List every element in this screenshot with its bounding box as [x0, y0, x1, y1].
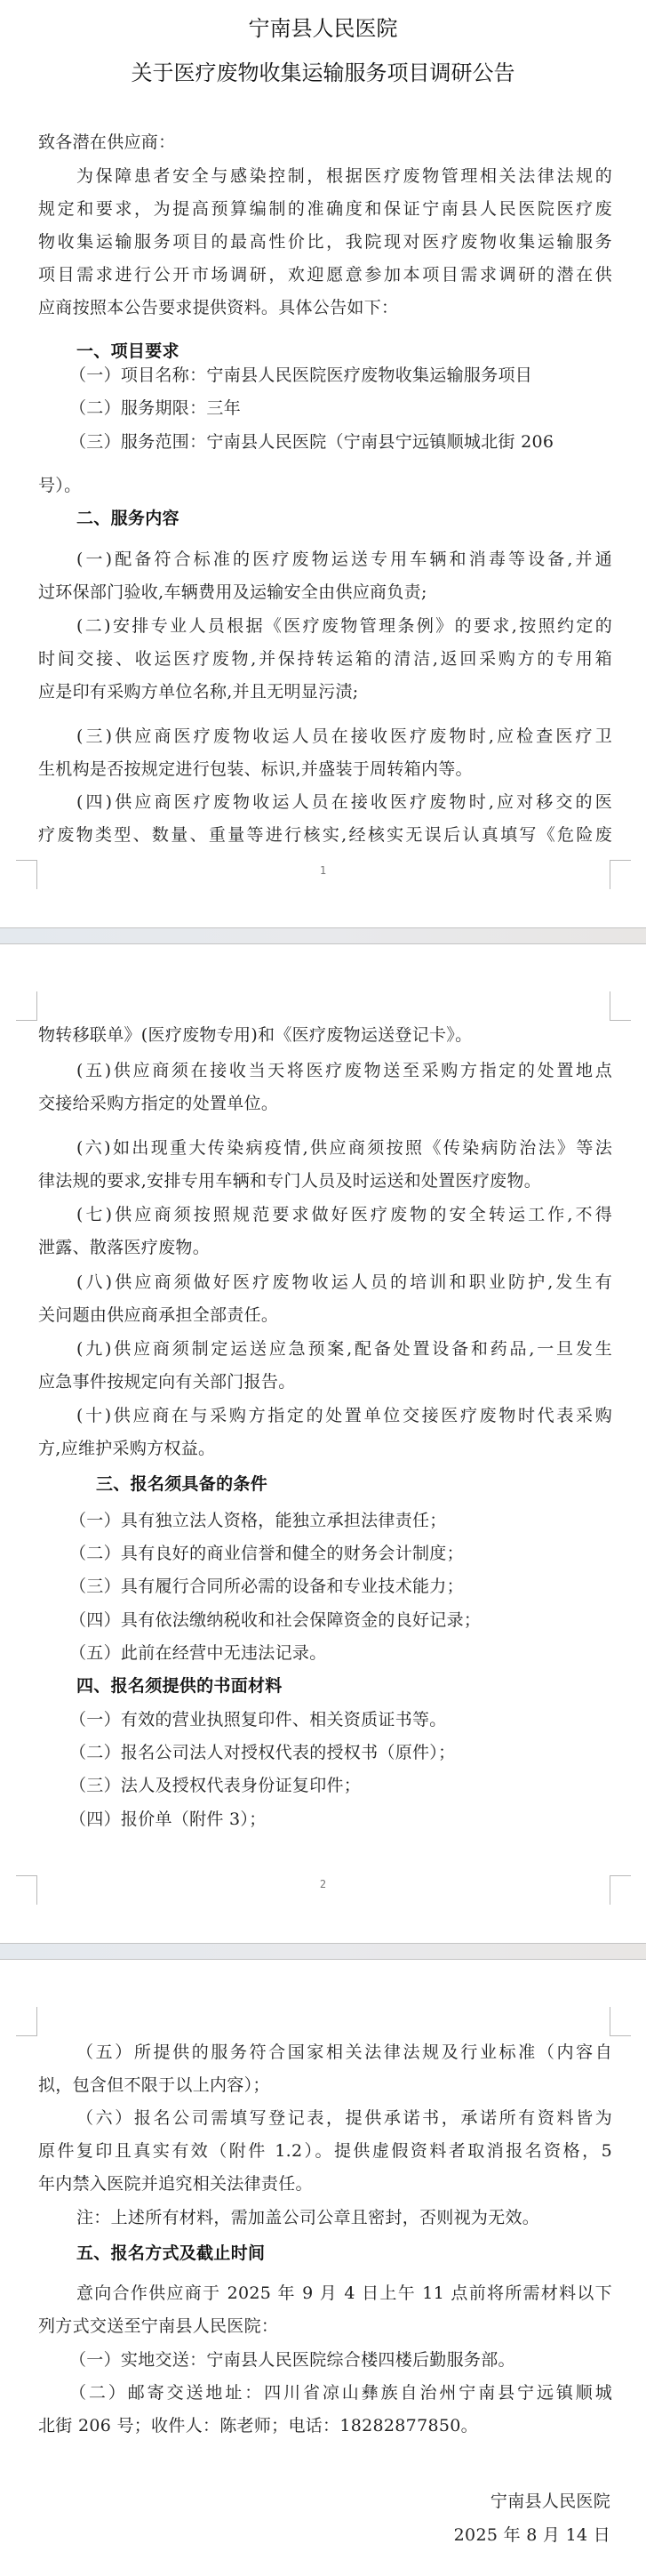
section1-item: （三）服务范围：宁南县人民医院（宁南县宁远镇顺城北街 206	[69, 431, 612, 453]
section4-item: （五）所提供的服务符合国家相关法律法规及行业标准（内容自	[76, 2042, 612, 2063]
section2-line: 时间交接、收运医疗废物,并保持转运箱的清洁,返回采购方的专用箱	[38, 648, 612, 670]
section5-line: 意向合作供应商于 2025 年 9 月 4 日上午 11 点前将所需材料以下	[76, 2283, 612, 2304]
section2-line: 关问题由供应商承担全部责任。	[38, 1304, 612, 1326]
section2-line: (六)如出现重大传染病疫情,供应商须按照《传染病防治法》等法	[76, 1137, 612, 1159]
page-2: 物转移联单》(医疗废物专用)和《医疗废物运送登记卡》。 (五)供应商须在接收当天…	[0, 944, 646, 1943]
section2-line: 疗废物类型、数量、重量等进行核实,经核实无误后认真填写《危险废	[38, 824, 612, 846]
signature-org: 宁南县人民医院	[490, 2491, 610, 2512]
page-separator	[0, 1943, 646, 1960]
section4-item: （三）法人及授权代表身份证复印件；	[69, 1775, 643, 1796]
section4-item: 拟，包含但不限于以上内容）；	[38, 2074, 612, 2096]
page-corner-mark	[610, 991, 631, 1021]
section-heading-3: 三、报名须具备的条件	[96, 1473, 646, 1495]
section1-item: （一）项目名称：宁南县人民医院医疗废物收集运输服务项目	[69, 365, 605, 386]
section4-item: （六）报名公司需填写登记表，提供承诺书，承诺所有资料皆为	[76, 2107, 612, 2129]
intro-line: 物收集运输服务项目的最高性价比，我院现对医疗废物收集运输服务	[38, 231, 612, 253]
intro-line: 应商按照本公告要求提供资料。具体公告如下：	[38, 297, 612, 318]
section3-item: （一）具有独立法人资格，能独立承担法律责任；	[69, 1510, 643, 1531]
intro-line: 为保障患者安全与感染控制，根据医疗废物管理相关法律法规的	[76, 165, 612, 187]
section-heading-5: 五、报名方式及截止时间	[76, 2243, 612, 2264]
page-corner-mark	[16, 2007, 37, 2036]
section5-line: （二）邮寄交送地址：四川省凉山彝族自治州宁南县宁远镇顺城	[69, 2382, 612, 2403]
section2-line: (一)配备符合标准的医疗废物运送专用车辆和消毒等设备,并通	[76, 549, 612, 570]
section2-line: (八)供应商须做好医疗废物收运人员的培训和职业防护,发生有	[76, 1272, 612, 1293]
section4-item: 年内禁入医院并追究相关法律责任。	[38, 2173, 612, 2195]
section2-line: 生机构是否按规定进行包装、标识,并盛装于周转箱内等。	[38, 758, 612, 780]
section2-line: (三)供应商医疗废物收运人员在接收医疗废物时,应检查医疗卫	[76, 726, 612, 747]
section3-item: （四）具有依法缴纳税收和社会保障资金的良好记录；	[69, 1609, 643, 1631]
salutation: 致各潜在供应商：	[38, 132, 612, 153]
page-corner-mark	[16, 991, 37, 1021]
title-line-1: 宁南县人民医院	[0, 11, 646, 42]
section2-line: 物转移联单》(医疗废物专用)和《医疗废物运送登记卡》。	[38, 1024, 612, 1046]
section4-item: （一）有效的营业执照复印件、相关资质证书等。	[69, 1709, 643, 1730]
section1-item: 号）。	[38, 475, 612, 496]
page-3: （五）所提供的服务符合国家相关法律法规及行业标准（内容自 拟，包含但不限于以上内…	[0, 1960, 646, 2576]
section1-item: （二）服务期限：三年	[69, 397, 605, 419]
section-heading-4: 四、报名须提供的书面材料	[76, 1675, 612, 1697]
section2-line: (七)供应商须按照规范要求做好医疗废物的安全转运工作,不得	[76, 1204, 612, 1225]
section2-line: (二)安排专业人员根据《医疗废物管理条例》的要求,按照约定的	[76, 615, 612, 637]
section3-item: （三）具有履行合同所必需的设备和专业技术能力；	[69, 1576, 643, 1597]
signature-date: 2025 年 8 月 14 日	[454, 2524, 610, 2546]
section3-item: （二）具有良好的商业信誉和健全的财务会计制度；	[69, 1543, 643, 1564]
section2-line: 应是印有采购方单位名称,并且无明显污渍;	[38, 681, 612, 702]
page-1: 宁南县人民医院 关于医疗废物收集运输服务项目调研公告 致各潜在供应商： 为保障患…	[0, 0, 646, 927]
intro-line: 规定和要求，为提高预算编制的准确度和保证宁南县人民医院医疗废	[38, 198, 612, 220]
section2-line: 律法规的要求,安排专用车辆和专门人员及时运送和处置医疗废物。	[38, 1170, 612, 1192]
title-line-2: 关于医疗废物收集运输服务项目调研公告	[0, 55, 646, 86]
section5-line: 北街 206 号；收件人：陈老师；电话：18282877850。	[38, 2415, 612, 2436]
section-heading-2: 二、服务内容	[76, 508, 612, 529]
intro-line: 项目需求进行公开市场调研，欢迎愿意参加本项目需求调研的潜在供	[38, 264, 612, 285]
section2-line: 过环保部门验收,车辆费用及运输安全由供应商负责;	[38, 582, 612, 603]
section2-line: 方,应维护采购方权益。	[38, 1438, 612, 1459]
page-corner-mark	[610, 2007, 631, 2036]
section2-line: (四)供应商医疗废物收运人员在接收医疗废物时,应对移交的医	[76, 791, 612, 813]
section2-line: 泄露、散落医疗废物。	[38, 1237, 612, 1258]
page-number: 2	[0, 1878, 646, 1890]
section2-line: 交接给采购方指定的处置单位。	[38, 1093, 612, 1114]
note-line: 注：上述所有材料，需加盖公司公章且密封，否则视为无效。	[76, 2207, 612, 2228]
section2-line: (十)供应商在与采购方指定的处置单位交接医疗废物时代表采购	[76, 1405, 612, 1426]
section4-item: （四）报价单（附件 3）；	[69, 1809, 643, 1830]
section2-line: (九)供应商须制定运送应急预案,配备处置设备和药品,一旦发生	[76, 1338, 612, 1360]
section3-item: （五）此前在经营中无违法记录。	[69, 1642, 643, 1664]
section2-line: 应急事件按规定向有关部门报告。	[38, 1371, 612, 1392]
page-number: 1	[0, 864, 646, 877]
page-separator	[0, 927, 646, 944]
section2-line: (五)供应商须在接收当天将医疗废物送至采购方指定的处置地点	[76, 1060, 612, 1081]
section4-item: （二）报名公司法人对授权代表的授权书（原件）；	[69, 1742, 643, 1763]
section5-line: 列方式交送至宁南县人民医院：	[38, 2315, 612, 2337]
section5-line: （一）实地交送：宁南县人民医院综合楼四楼后勤服务部。	[69, 2349, 643, 2371]
section-heading-1: 一、项目要求	[76, 341, 612, 362]
section4-item: 原件复印且真实有效（附件 1.2）。提供虚假资料者取消报名资格，5	[38, 2140, 612, 2162]
